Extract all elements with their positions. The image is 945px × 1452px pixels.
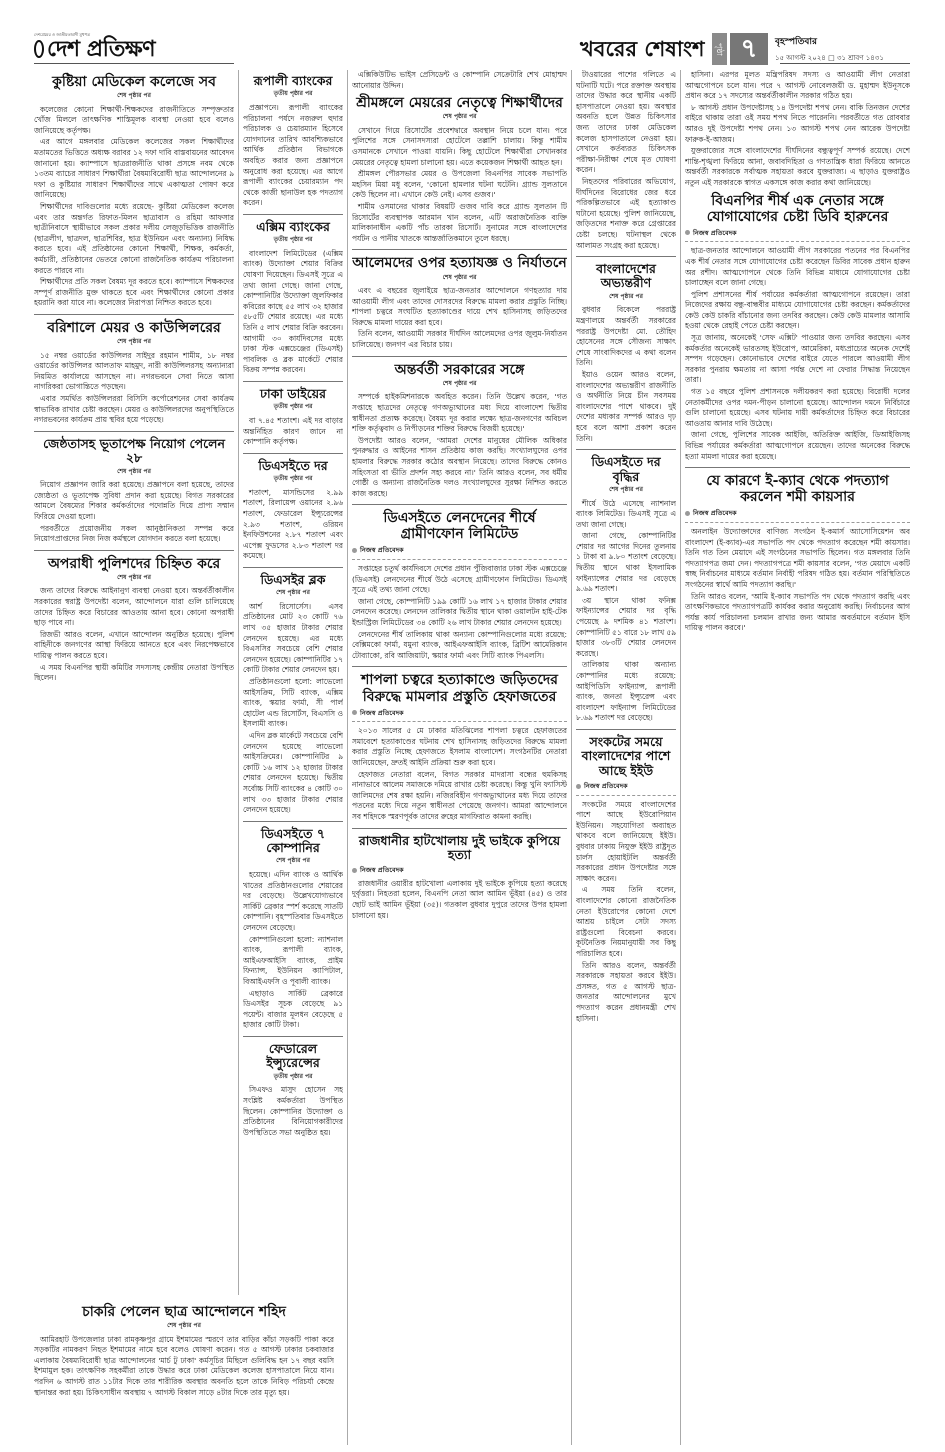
masthead-rule-right: [780, 63, 910, 64]
divider: [243, 567, 343, 568]
jump-line: শেষ পৃষ্ঠার পর: [34, 467, 234, 478]
bullet-icon: [685, 230, 690, 235]
paragraph: শীর্ষে উঠে এসেছে ন্যাশনাল ব্যাংক লিমিটেড…: [576, 499, 676, 531]
column-left: কুষ্টিয়া মেডিকেল কলেজে সব শেষ পৃষ্ঠার প…: [34, 70, 234, 1310]
paragraph: প্রতিষ্ঠানগুলো হলো: লাভেলো আইসক্রিম, সিট…: [243, 677, 343, 730]
paragraph: পরবর্তীতে প্রয়োজনীয় সকল আনুষ্ঠানিকতা স…: [34, 524, 234, 545]
article-bnp: বিএনপির শীর্ষ এক নেতার সঙ্গে যোগাযোগের চ…: [685, 193, 910, 463]
column-rule: [238, 70, 239, 1295]
paragraph: ৮ আগস্ট প্রধান উপদেষ্টাসহ ১৪ উপদেষ্টা শপ…: [685, 103, 910, 145]
article-exim: এক্সিম ব্যাংকের তৃতীয় পৃষ্ঠার পর বাংলাদ…: [243, 220, 343, 376]
headline: আলেমদের ওপর হত্যাযজ্ঞ ও নির্যাতনে: [352, 255, 567, 271]
jump-line: শেষ পৃষ্ঠার পর: [243, 588, 343, 599]
paragraph: শিক্ষার্থীদের দাবিগুলোর মধ্যে রয়েছে- কু…: [34, 202, 234, 276]
paragraph: তিনি আরও বলেন, অন্তর্বর্তী সরকারকে সহায়…: [576, 961, 676, 1025]
divider: [34, 314, 234, 315]
article-dhaka-dyeing: ঢাকা ডাইয়ের তৃতীয় পৃষ্ঠার পর বা ৭.৪৫ শ…: [243, 387, 343, 448]
headline: এক্সিম ব্যাংকের: [243, 220, 343, 234]
article-aporadhi: অপরাধী পুলিশদের চিহ্নিত করে শেষ পৃষ্ঠার …: [34, 556, 234, 684]
byline: নিজস্ব প্রতিবেদক: [352, 545, 567, 556]
article-sreemangal: শ্রীমঙ্গলে মেয়রের নেতৃত্বে শিক্ষার্থীদে…: [352, 95, 567, 244]
paragraph: ৩য় স্থানে থাকা ফনিক্স ফাইন্যান্সের শেয়…: [576, 596, 676, 660]
paragraph: উপদেষ্টা আরও বলেন, 'আমরা দেশের মানুষের ম…: [352, 436, 567, 500]
jump-line: শেষ পৃষ্ঠার পর: [34, 91, 234, 102]
divider: [576, 795, 676, 796]
section-title: খবরের শেষাংশ: [580, 33, 704, 68]
byline: নিজস্ব প্রতিবেদক: [685, 228, 910, 239]
emblem-icon: [34, 40, 44, 58]
divider: [576, 256, 676, 257]
paragraph: যুক্তরাজ্যের সঙ্গে বাংলাদেশের দীর্ঘদিনের…: [685, 146, 910, 188]
jump-line: শেষ পৃষ্ঠার পর: [34, 337, 234, 348]
paragraph: বুধবার বিকেলে পররাষ্ট্র মন্ত্রণালয়ে অন্…: [576, 305, 676, 369]
column-right: হাসিনা। এরপর মূলত মন্ত্রিপরিষদ সদস্য ও আ…: [685, 70, 910, 1445]
column-narrow: রূপালী ব্যাংকের তৃতীয় পৃষ্ঠার পর প্রজ্ঞ…: [243, 70, 343, 1295]
jump-line: শেষ পৃষ্ঠার পর: [576, 292, 676, 303]
jump-line: শেষ পৃষ্ঠার পর: [352, 112, 567, 123]
paragraph: আর্শ রিসোর্সেস। এসব প্রতিষ্ঠানের মোট ২৩ …: [243, 602, 343, 676]
divider: [243, 453, 343, 454]
dateline: বৃহস্পতিবার ১৫ আগস্ট ২০২৪ □ ৩১ শ্রাবণ ১৪…: [775, 34, 884, 64]
jump-line: শেষ পৃষ্ঠার পর: [34, 573, 234, 584]
column-rule: [347, 70, 348, 1445]
headline: যে কারণে ই-ক্যাব থেকে পদত্যাগ করলেন শমী …: [685, 473, 910, 505]
headline: অপরাধী পুলিশদের চিহ্নিত করে: [34, 556, 234, 572]
jump-line: শেষ পৃষ্ঠার পর: [34, 1321, 334, 1332]
article-kushtia: কুষ্টিয়া মেডিকেল কলেজে সব শেষ পৃষ্ঠার প…: [34, 74, 234, 309]
masthead-rule-left: [34, 63, 234, 64]
divider: [576, 729, 676, 730]
bullet-icon: [576, 784, 581, 789]
column-center: এক্সিকিউটিভ ভাইস প্রেসিডেন্ট ও কোম্পানি …: [352, 70, 567, 1445]
jump-line: তৃতীয় পৃষ্ঠার পর: [243, 474, 343, 485]
byline: নিজস্ব প্রতিবেদক: [576, 781, 676, 792]
brand-tagline: দেশপ্রেমের ও জাতীয়তাবাদী মুখপত্র: [34, 32, 90, 39]
article-eu: সংকটের সময়ে বাংলাদেশের পাশে আছে ইইউ নিজ…: [576, 735, 676, 1024]
paragraph: কলেজের কোনো শিক্ষার্থী-শিক্ষকদের রাজনীতি…: [34, 105, 234, 137]
divider: [352, 356, 567, 357]
paragraph: তিনি আরও বলেন, 'আমি ই-ক্যাব সভাপতি পদ থে…: [685, 592, 910, 634]
paragraph: প্রজ্ঞাপনে। রূপালী ব্যাংকের পরিচালনা পর্…: [243, 103, 343, 209]
bullet-icon: [352, 710, 357, 715]
headline: জেষ্ঠতাসহ ভূতাপেক্ষ নিয়োগ পেলেন ২৮: [34, 437, 234, 466]
column-right-narrow: টাওয়ারের পাশের গলিতে এ ঘটনাটি ঘটে। পরে …: [576, 70, 676, 1445]
paragraph: বা ৭.৪৫ শতাংশ। এই দর বাড়ার অন্তর্নিহিত …: [243, 416, 343, 448]
article-federal: ফেডারেল ইন্স্যুরেন্সের তৃতীয় পৃষ্ঠার পর…: [243, 1042, 343, 1138]
divider: [685, 467, 910, 468]
article-rupali: রূপালী ব্যাংকের তৃতীয় পৃষ্ঠার পর প্রজ্ঞ…: [243, 74, 343, 209]
jump-line: শেষ পৃষ্ঠার পর: [576, 485, 676, 496]
divider: [352, 828, 567, 829]
headline: ডিএসইতে দর বৃদ্ধির: [576, 455, 676, 484]
paragraph: ২০১৩ সালের ৫ মে ঢাকার মতিঝিলের শাপলা চত্…: [352, 726, 567, 768]
article-dse-dor: ডিএসইতে দর তৃতীয় পৃষ্ঠার পর শতাংশ, মাসন…: [243, 459, 343, 562]
headline: ডিএসইতে দর: [243, 459, 343, 473]
paragraph: এবং এ বছরের জুলাইয়ে ছাত্র-জনতার আন্দোলন…: [352, 286, 567, 328]
bullet-icon: [352, 548, 357, 553]
paragraph: আমিরহাট উপজেলার ঢাকা রামকৃষ্ণপুর গ্রামে …: [34, 1335, 334, 1399]
article-shapla: শাপলা চত্বরে হত্যাকাণ্ডে জড়িতদের বিরুদ্…: [352, 672, 567, 822]
paragraph: শামীম ওসমানের থাকার বিষয়টি গুজব দাবি কর…: [352, 202, 567, 244]
bullet-icon: [352, 868, 357, 873]
paragraph: জানা গেছে, কোম্পানিটি ১৯৯ কোটি ১৬ লাখ ১৭…: [352, 597, 567, 629]
paragraph: সেখানে গিয়ে রিসোর্টের প্রবেশদ্বারে অবস্…: [352, 126, 567, 168]
jump-line: শেষ পৃষ্ঠার পর: [352, 379, 567, 390]
paragraph: শিক্ষার্থীদের প্রতি সকল বৈষম্য দূর করতে …: [34, 277, 234, 309]
article-interim: অন্তর্বর্তী সরকারের সঙ্গে শেষ পৃষ্ঠার পর…: [352, 362, 567, 500]
divider: [243, 1036, 343, 1037]
divider: [243, 381, 343, 382]
article-ecab: যে কারণে ই-ক্যাব থেকে পদত্যাগ করলেন শমী …: [685, 473, 910, 634]
paragraph: তিনি বলেন, আওয়ামী সরকার দীর্ঘদিন আলেমদে…: [352, 329, 567, 350]
article-bangladesh-internal: বাংলাদেশের অভ্যন্তরীণ শেষ পৃষ্ঠার পর বুধ…: [576, 262, 676, 444]
headline: ফেডারেল ইন্স্যুরেন্সের: [243, 1042, 343, 1071]
weekday: বৃহস্পতিবার: [775, 34, 884, 49]
headline: বিএনপির শীর্ষ এক নেতার সঙ্গে যোগাযোগের চ…: [685, 193, 910, 225]
paragraph: সিএফও মাসুদ হোসেন সহ সংশ্লিষ্ট কর্মকর্তা…: [243, 1085, 343, 1138]
paragraph: টাওয়ারের পাশের গলিতে এ ঘটনাটি ঘটে। পরে …: [576, 70, 676, 176]
paragraph: সপ্তাহের চতুর্থ কার্যদিবসে দেশের প্রধান …: [352, 564, 567, 596]
paragraph: তালিকায় থাকা অন্যান্য কোম্পানির মধ্যে র…: [576, 660, 676, 724]
divider: [352, 249, 567, 250]
paragraph: হয়েছে। এদিন ব্যাংক ও আর্থিক খাতের প্রতি…: [243, 870, 343, 934]
headline: কুষ্টিয়া মেডিকেল কলেজে সব: [34, 74, 234, 90]
paragraph: এর আগে মঙ্গলবার মেডিকেল কলেজের সকল শিক্ষ…: [34, 137, 234, 201]
byline: নিজস্ব প্রতিবেদক: [352, 865, 567, 876]
headline: চাকরি পেলেন ছাত্র আন্দোলনে শহিদ: [34, 1304, 334, 1320]
paragraph: গত ১৫ বছরে পুলিশ প্রশাসনকে দলীয়করণ করা …: [685, 387, 910, 429]
paragraph: জন্য তাদের বিরুদ্ধে আইনানুগ ব্যবস্থা নেও…: [34, 586, 234, 628]
paragraph: রিজভী আরও বলেন, এখানে আন্দোলন অনুষ্ঠিত হ…: [34, 630, 234, 662]
paragraph: হাসিনা। এরপর মূলত মন্ত্রিপরিষদ সদস্য ও আ…: [685, 70, 910, 102]
article-chakri: চাকরি পেলেন ছাত্র আন্দোলনে শহিদ শেষ পৃষ্…: [34, 1300, 334, 1445]
paragraph: রাজধানীর ওয়ারীর হাটখোলা এলাকায় দুই ভাই…: [352, 879, 567, 921]
byline: নিজস্ব প্রতিবেদক: [352, 708, 567, 719]
paragraph: নিহতদের পরিবারের অভিযোগ, দীর্ঘদিনের বিরো…: [576, 177, 676, 251]
divider: [352, 721, 567, 722]
headline: শ্রীমঙ্গলে মেয়রের নেতৃত্বে শিক্ষার্থীদে…: [352, 95, 567, 111]
jump-line: তৃতীয় পৃষ্ঠার পর: [243, 89, 343, 100]
headline: বাংলাদেশের অভ্যন্তরীণ: [576, 262, 676, 291]
headline: সংকটের সময়ে বাংলাদেশের পাশে আছে ইইউ: [576, 735, 676, 778]
paragraph: এদিন ব্লক মার্কেটে সবচেয়ে বেশি লেনদেন হ…: [243, 731, 343, 816]
divider: [34, 550, 234, 551]
headline: রূপালী ব্যাংকের: [243, 74, 343, 88]
jump-line: তৃতীয় পৃষ্ঠার পর: [243, 1072, 343, 1083]
lead-paragraph: এক্সিকিউটিভ ভাইস প্রেসিডেন্ট ও কোম্পানি …: [352, 70, 567, 91]
paragraph: হেফাজত নেতারা বলেন, বিগত সরকার মাদরাসা ব…: [352, 770, 567, 823]
headline: বরিশালে মেয়র ও কাউন্সিলরের: [34, 320, 234, 336]
headline: ডিএসইর ব্লক: [243, 573, 343, 587]
article-dse-block: ডিএসইর ব্লক শেষ পৃষ্ঠার পর আর্শ রিসোর্সে…: [243, 573, 343, 816]
paragraph: সংকটের সময়ে বাংলাদেশের পাশে আছে ইউরোপিয…: [576, 800, 676, 885]
divider: [685, 241, 910, 242]
paragraph: শতাংশ, মাসন্ডিসের ২.৯৯ শতাংশ, রিলায়েন্স…: [243, 488, 343, 562]
article-rajdhani: রাজধানীর হাটখোলায় দুই ভাইকে কুপিয়ে হত্…: [352, 834, 567, 922]
paragraph: ১৫ নম্বর ওয়ার্ডের কাউন্সিলর সাইদুর রহমা…: [34, 351, 234, 393]
article-barishal: বরিশালে মেয়র ও কাউন্সিলরের শেষ পৃষ্ঠার …: [34, 320, 234, 426]
headline: রাজধানীর হাটখোলায় দুই ভাইকে কুপিয়ে হত্…: [352, 834, 567, 863]
bullet-icon: [685, 511, 690, 516]
divider: [352, 559, 567, 560]
column-rule: [680, 70, 681, 1445]
paragraph: সম্পর্কে হাইকমিশনারকে অবহিত করেন। তিনি উ…: [352, 392, 567, 434]
divider: [34, 431, 234, 432]
divider: [685, 522, 910, 523]
article-grameenphone: ডিএসইতে লেনদেনের শীর্ষে গ্রামীণফোন লিমিট…: [352, 510, 567, 661]
divider: [352, 666, 567, 667]
paragraph: পুলিশ প্রশাসনের শীর্ষ পর্যায়ের কর্মকর্ত…: [685, 290, 910, 332]
newspaper-logo: দেশপ্রেমের ও জাতীয়তাবাদী মুখপত্র দেশ প্…: [34, 36, 155, 62]
paragraph: শ্রীমঙ্গল পৌরসভার মেয়র ও উপজেলা বিএনপির…: [352, 169, 567, 201]
divider: [243, 821, 343, 822]
paragraph: নিয়োগ প্রজ্ঞাপন জারি করা হয়েছে। প্রজ্ঞ…: [34, 480, 234, 522]
headline: ঢাকা ডাইয়ের: [243, 387, 343, 401]
divider: [576, 449, 676, 450]
article-alem: আলেমদের ওপর হত্যাযজ্ঞ ও নির্যাতনে শেষ পৃ…: [352, 255, 567, 350]
jump-line: শেষ পৃষ্ঠার পর: [243, 856, 343, 867]
paragraph: জানা গেছে, পুলিশের সাবেক আইজি, অতিরিক্ত …: [685, 430, 910, 462]
headline: শাপলা চত্বরে হত্যাকাণ্ডে জড়িতদের বিরুদ্…: [352, 672, 567, 704]
column-rule: [571, 70, 572, 1445]
page-number: ৭: [730, 33, 768, 65]
paragraph: এবার সমর্থিত কাউন্সিলররা বিসিসি কর্পোরেশ…: [34, 394, 234, 426]
article-dse-company: ডিএসইতে ৭ কোম্পানির শেষ পৃষ্ঠার পর হয়েছ…: [243, 827, 343, 1031]
paragraph: এছাড়াও সার্কিট ব্রেকারে ডিএসইর সূচক বেড…: [243, 989, 343, 1031]
paragraph: বাংলাদেশ লিমিটেডের (এক্সিম ব্যাংক) উদ্যো…: [243, 249, 343, 376]
jump-line: শেষ পৃষ্ঠার পর: [352, 273, 567, 284]
divider: [352, 504, 567, 505]
paragraph: সূত্র জানায়, অনেকেই 'সেফ এক্সিট' পাওয়া…: [685, 333, 910, 386]
jump-line: তৃতীয় পৃষ্ঠার পর: [243, 235, 343, 246]
paragraph: এ সময় তিনি বলেন, বাংলাদেশের কোনো রাজনৈত…: [576, 885, 676, 959]
headline: ডিএসইতে লেনদেনের শীর্ষে গ্রামীণফোন লিমিট…: [352, 510, 567, 542]
paragraph: কোম্পানিগুলো হলো: ন্যাশনাল ব্যাংক, রূপাল…: [243, 935, 343, 988]
headline: অন্তর্বর্তী সরকারের সঙ্গে: [352, 362, 567, 378]
brand-name: দেশ প্রতিক্ষণ: [47, 36, 155, 62]
jump-line: তৃতীয় পৃষ্ঠার পর: [243, 402, 343, 413]
headline: ডিএসইতে ৭ কোম্পানির: [243, 827, 343, 856]
page-label: পৃষ্ঠা: [712, 33, 727, 65]
paragraph: ছাত্র-জনতার আন্দোলনে আওয়ামী লীগ সরকারের…: [685, 246, 910, 288]
divider: [243, 214, 343, 215]
byline: নিজস্ব প্রতিবেদক: [685, 508, 910, 519]
paragraph: ইয়াও ওয়েন আরও বলেন, বাংলাদেশের অভ্যন্ত…: [576, 370, 676, 444]
article-jestho: জেষ্ঠতাসহ ভূতাপেক্ষ নিয়োগ পেলেন ২৮ শেষ …: [34, 437, 234, 545]
article-dse-dor-briddhi: ডিএসইতে দর বৃদ্ধির শেষ পৃষ্ঠার পর শীর্ষে…: [576, 455, 676, 724]
masthead: দেশপ্রেমের ও জাতীয়তাবাদী মুখপত্র দেশ প্…: [0, 0, 945, 62]
paragraph: জানা গেছে, কোম্পানিটির শেয়ার দর আগের দি…: [576, 531, 676, 595]
paragraph: এ সময় বিএনপির স্থায়ী কমিটির সদস্যসহ কে…: [34, 663, 234, 684]
paragraph: অনলাইন উদ্যোক্তাদের বাণিজ্য সংগঠন ই-কমার…: [685, 527, 910, 591]
paragraph: লেনদেনের শীর্ষ তালিকায় থাকা অন্যান্য কো…: [352, 630, 567, 662]
